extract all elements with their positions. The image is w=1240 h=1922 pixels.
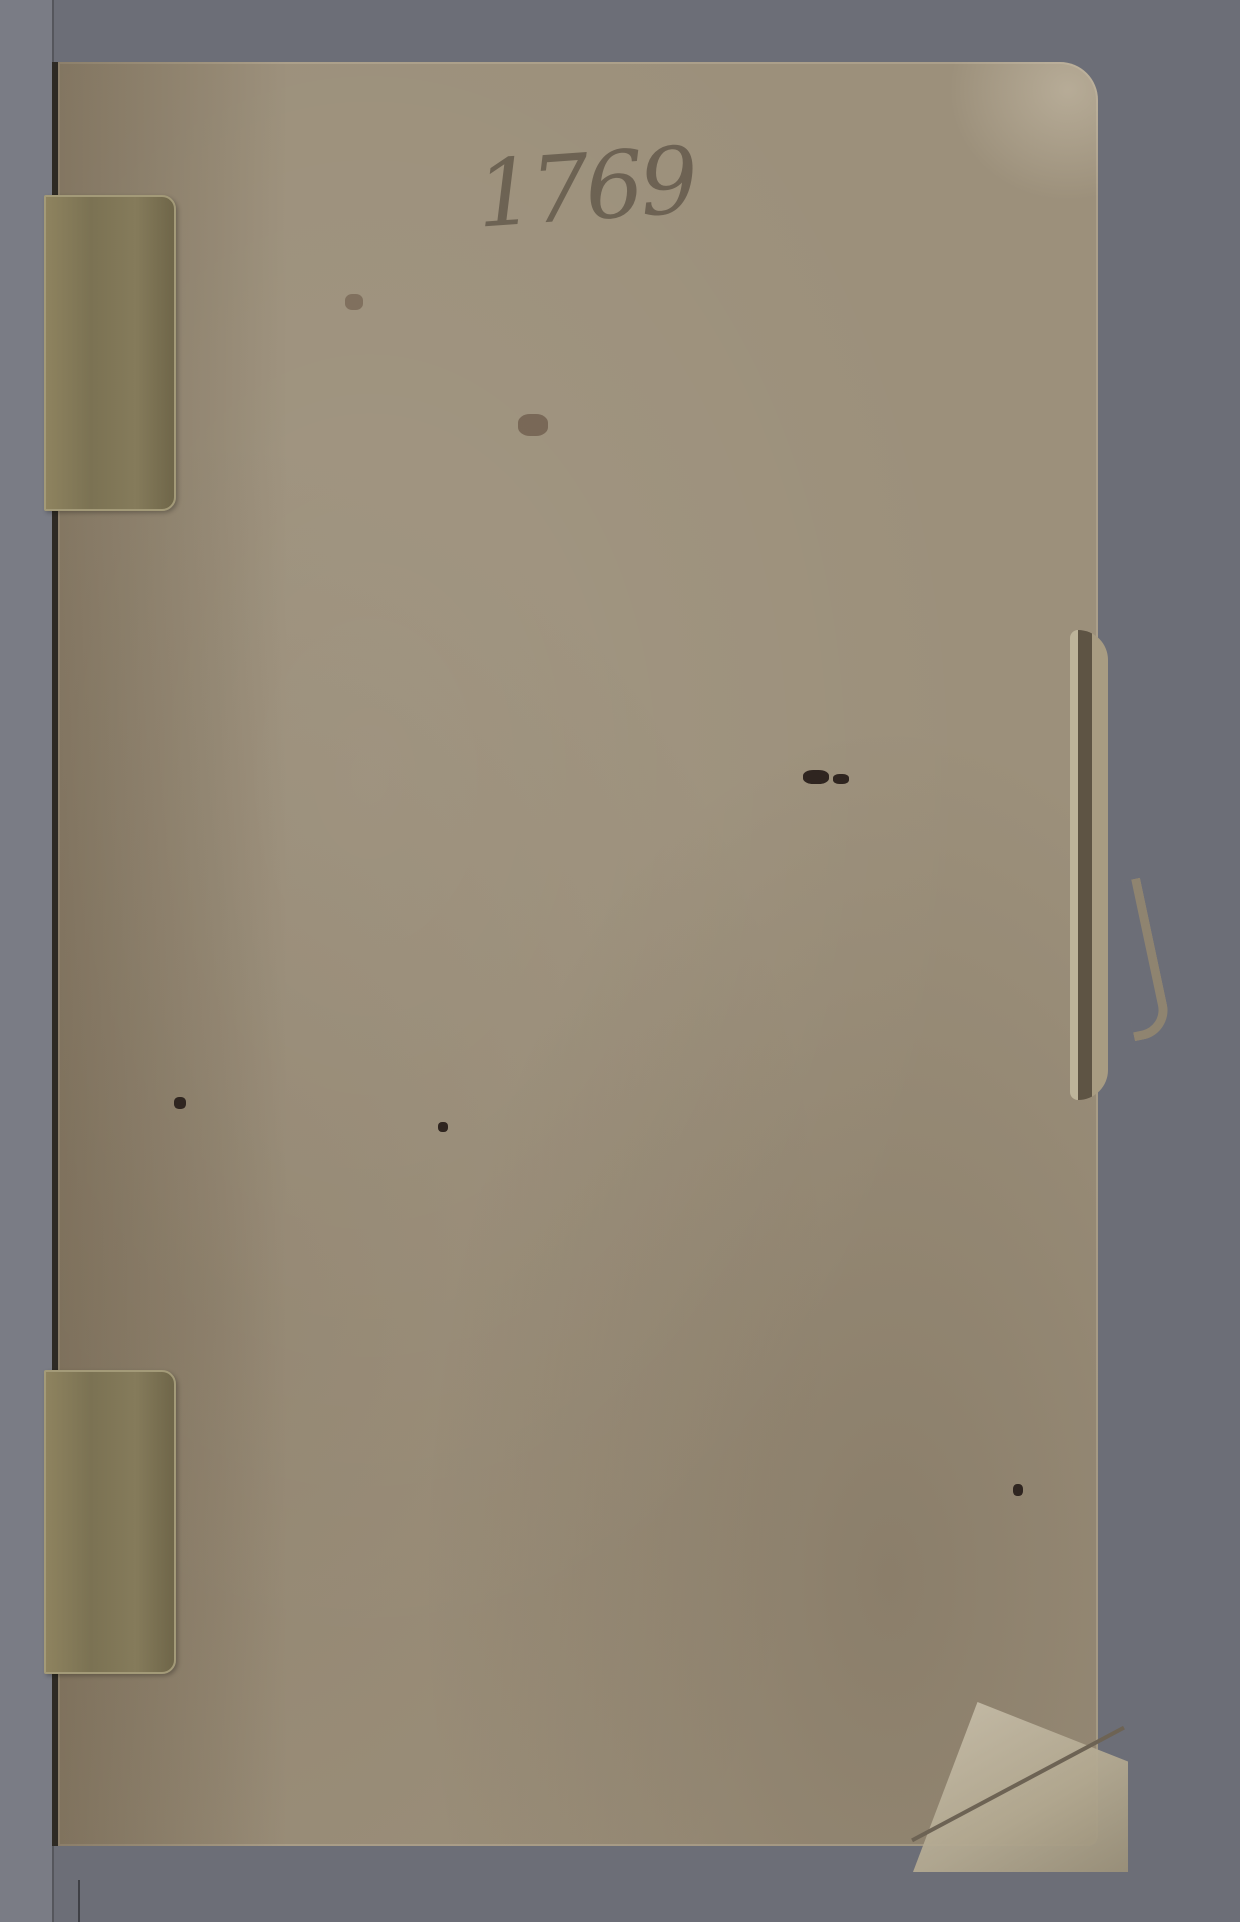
ink-spot <box>833 774 849 784</box>
notebook-cover: 1769 <box>58 62 1098 1846</box>
folded-corner <box>913 1702 1128 1872</box>
cover-inscription: 1769 <box>473 122 763 301</box>
binding-strap-bottom <box>44 1370 176 1674</box>
worn-corner <box>948 62 1098 202</box>
binding-strap-top <box>44 195 176 511</box>
stain <box>345 294 363 310</box>
faded-cover-writing <box>418 622 778 1042</box>
cloth-tie-loop <box>1102 878 1173 1042</box>
ink-spot <box>438 1122 448 1132</box>
cloth-tie <box>1070 630 1108 1100</box>
backdrop-mark <box>78 1880 80 1922</box>
stain <box>518 414 548 436</box>
ink-spot <box>174 1097 186 1109</box>
ink-spot <box>803 770 829 784</box>
ink-spot <box>1013 1484 1023 1496</box>
